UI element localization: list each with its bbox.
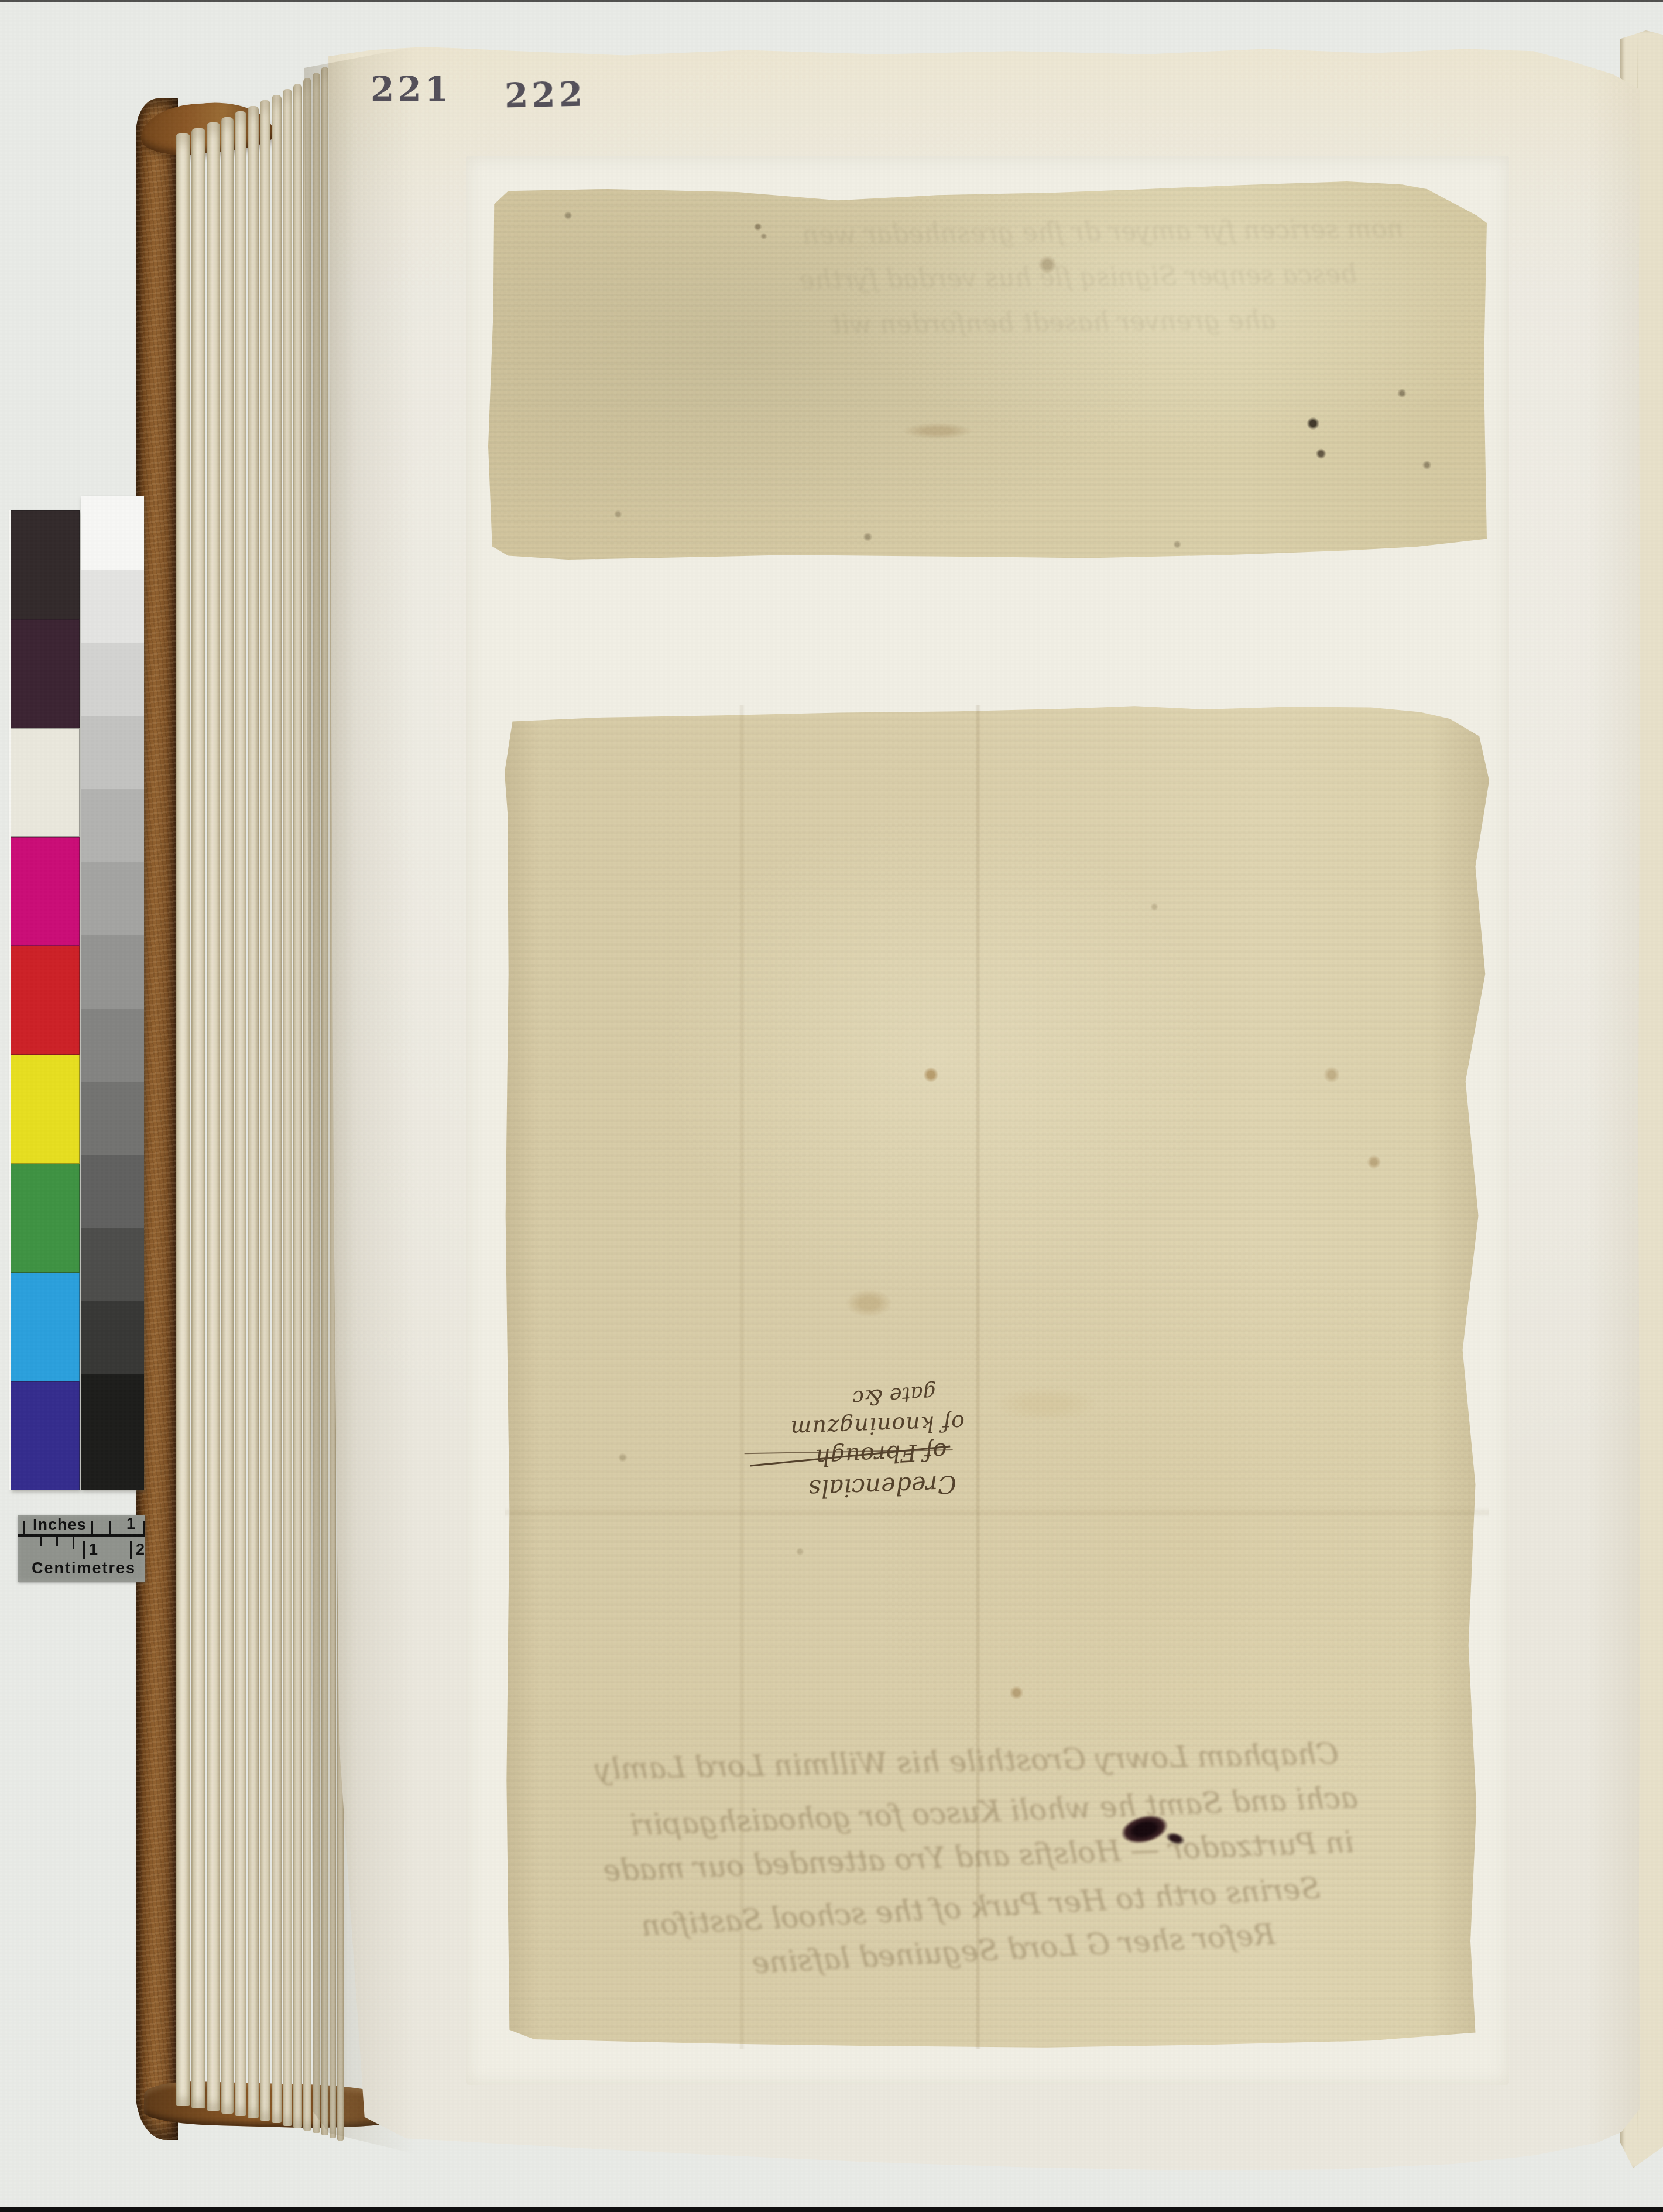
gray-step-8 <box>81 1082 144 1155</box>
scale-ruler: Inches 1 1 2 Centimetres <box>18 1515 145 1582</box>
ruler-tick <box>109 1521 111 1534</box>
gutter-shadow <box>304 47 416 2154</box>
swatch-magenta <box>11 837 80 946</box>
page-edge-strip <box>191 128 205 2109</box>
gray-step-2 <box>81 643 144 716</box>
gray-step-9 <box>81 1155 144 1228</box>
strike-line <box>744 1449 952 1454</box>
gray-step-5 <box>81 862 144 935</box>
page-edge-strip <box>176 133 190 2106</box>
gray-step-4 <box>81 789 144 862</box>
endorsement-handwriting: Credencialsof Fbroughof knoningzumgate &… <box>754 1351 960 1503</box>
grayscale-calibration-strip <box>81 496 144 1490</box>
page-edge-strip <box>293 84 302 2128</box>
bleedthrough-text-top: nom sericen fyr amyer dr fhe gresnhedar … <box>513 206 1429 520</box>
swatch-black <box>11 510 80 619</box>
ruler-centimetres-label: Centimetres <box>32 1559 136 1577</box>
ruler-cm-2-label: 2 <box>136 1541 145 1559</box>
gray-step-12 <box>81 1374 144 1490</box>
photo-edge-top <box>0 0 1663 2</box>
page-edge-strip <box>260 100 270 2121</box>
folio-number-222: 222 <box>504 74 586 116</box>
page-edge-strip <box>272 95 282 2124</box>
strike-line <box>750 1446 950 1467</box>
swatch-cyan-blue <box>11 1273 80 1381</box>
swatch-yellow <box>11 1055 80 1164</box>
ruler-tick <box>91 1521 93 1534</box>
gray-step-1 <box>81 570 144 643</box>
photo-edge-bottom <box>0 2207 1663 2212</box>
ruler-cm-tick-2 <box>130 1541 132 1559</box>
ruler-tick <box>56 1537 58 1546</box>
swatch-dark-maroon <box>11 619 80 728</box>
gray-step-6 <box>81 935 144 1009</box>
swatch-white <box>11 728 80 837</box>
ruler-tick <box>143 1521 145 1534</box>
ruler-tick <box>73 1537 74 1549</box>
swatch-red <box>11 946 80 1055</box>
archival-photo: 221 222 nom sericen fyr amyer dr fhe gre… <box>0 0 1663 2212</box>
ruler-cm-tick-1 <box>83 1541 85 1559</box>
folio-number-221: 221 <box>371 69 452 109</box>
ruler-cm-1-label: 1 <box>89 1541 98 1559</box>
swatch-green <box>11 1164 80 1273</box>
page-edge-strip <box>207 122 220 2111</box>
gray-step-3 <box>81 716 144 789</box>
page-edge-strip <box>235 111 246 2116</box>
ruler-tick <box>40 1537 42 1546</box>
gray-step-0 <box>81 496 144 570</box>
ruler-inches-label: Inches <box>33 1516 87 1534</box>
gray-step-11 <box>81 1301 144 1374</box>
ruler-scale-line <box>18 1534 145 1537</box>
page-edge-strip <box>248 106 259 2119</box>
ruler-inch-1-label: 1 <box>126 1515 135 1533</box>
bleedthrough-line-faint: ahe grenver hasedt benforden wit <box>515 298 1276 351</box>
bleedthrough-text-bottom: Chapham Lowry Grosthile his Willmin Lord… <box>489 1731 1366 2045</box>
gray-step-7 <box>81 1009 144 1082</box>
page-edge-strip <box>283 89 292 2126</box>
swatch-violet-blue <box>11 1381 80 1490</box>
ruler-tick <box>23 1521 25 1534</box>
page-edge-strip <box>221 117 234 2114</box>
color-calibration-swatches <box>11 510 80 1490</box>
gray-step-10 <box>81 1228 144 1301</box>
